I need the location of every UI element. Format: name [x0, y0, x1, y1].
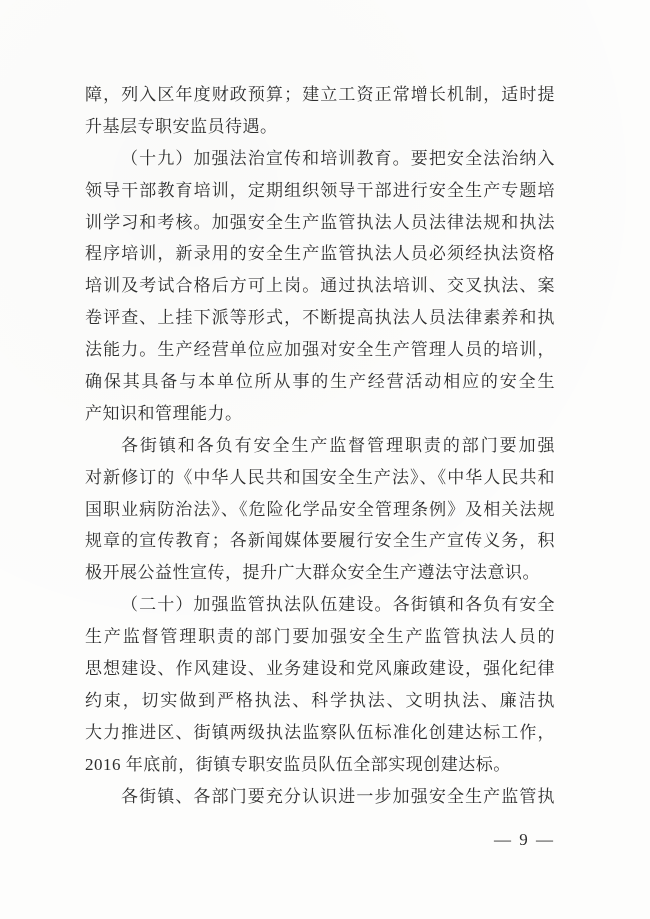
text-line: 极开展公益性宣传，提升广大群众安全生产遵法守法意识。: [85, 557, 555, 589]
text-line: 约束，切实做到严格执法、科学执法、文明执法、廉洁执法；: [85, 685, 555, 717]
text-line: 思想建设、作风建设、业务建设和党风廉政建设，强化纪律: [85, 653, 555, 685]
text-line: （二十）加强监管执法队伍建设。各街镇和各负有安全: [85, 589, 555, 621]
text-line: 规章的宣传教育；各新闻媒体要履行安全生产宣传义务，积: [85, 525, 555, 557]
text-line: 障，列入区年度财政预算；建立工资正常增长机制，适时提: [85, 79, 555, 111]
text-line: 升基层专职安监员待遇。: [85, 111, 555, 143]
text-line: 法能力。生产经营单位应加强对安全生产管理人员的培训，: [85, 334, 555, 366]
text-line: 训学习和考核。加强安全生产监管执法人员法律法规和执法: [85, 207, 555, 239]
document-body: 障，列入区年度财政预算；建立工资正常增长机制，适时提升基层专职安监员待遇。（十九…: [85, 79, 555, 812]
text-line: 培训及考试合格后方可上岗。通过执法培训、交叉执法、案: [85, 270, 555, 302]
document-page: 障，列入区年度财政预算；建立工资正常增长机制，适时提升基层专职安监员待遇。（十九…: [0, 0, 650, 919]
text-line: 程序培训，新录用的安全生产监管执法人员必须经执法资格: [85, 238, 555, 270]
text-line: 领导干部教育培训，定期组织领导干部进行安全生产专题培: [85, 175, 555, 207]
page-number: — 9 —: [494, 828, 555, 852]
text-line: 各街镇和各负有安全生产监督管理职责的部门要加强: [85, 430, 555, 462]
text-line: 确保其具备与本单位所从事的生产经营活动相应的安全生: [85, 366, 555, 398]
text-line: 大力推进区、街镇两级执法监察队伍标准化创建达标工作，: [85, 717, 555, 749]
text-line: 生产监督管理职责的部门要加强安全生产监管执法人员的: [85, 621, 555, 653]
text-line: 卷评查、上挂下派等形式，不断提高执法人员法律素养和执: [85, 302, 555, 334]
text-line: 产知识和管理能力。: [85, 398, 555, 430]
text-line: 国职业病防治法》、《危险化学品安全管理条例》及相关法规: [85, 494, 555, 526]
text-line: 2016 年底前，街镇专职安监员队伍全部实现创建达标。: [85, 749, 555, 781]
text-line: （十九）加强法治宣传和培训教育。要把安全法治纳入: [85, 143, 555, 175]
text-line: 各街镇、各部门要充分认识进一步加强安全生产监管执: [85, 781, 555, 813]
text-line: 对新修订的《中华人民共和国安全生产法》、《中华人民共和: [85, 462, 555, 494]
